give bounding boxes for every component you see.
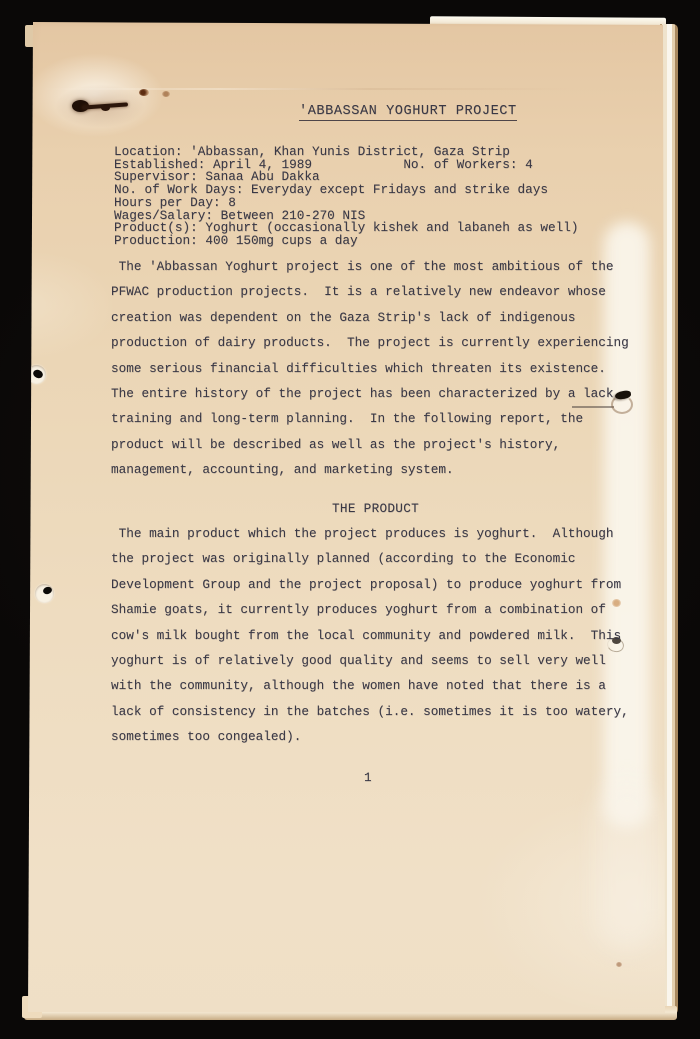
paper-crease xyxy=(40,88,640,90)
text-line: lack of consistency in the batches (i.e.… xyxy=(111,699,629,724)
text-line: Shamie goats, it currently produces yogh… xyxy=(111,597,629,622)
text-line: sometimes too congealed). xyxy=(111,724,629,749)
page-title: 'ABBASSAN YOGHURT PROJECT xyxy=(299,104,517,121)
text-line: yoghurt is of relatively good quality an… xyxy=(111,648,629,673)
text-line: The main product which the project produ… xyxy=(111,521,629,546)
punch-hole xyxy=(27,365,46,384)
text-line: some serious financial difficulties whic… xyxy=(111,356,629,381)
ink-streak-dot xyxy=(101,105,110,111)
stain-dot xyxy=(162,91,170,97)
stain-dot xyxy=(616,962,622,967)
text-line: training and long-term planning. In the … xyxy=(111,406,629,431)
text-line: production of dairy products. The projec… xyxy=(111,330,629,355)
section-heading: THE PRODUCT xyxy=(332,501,419,516)
scanned-document-photo: 'ABBASSAN YOGHURT PROJECT Location: 'Abb… xyxy=(0,0,700,1039)
text-line: management, accounting, and marketing sy… xyxy=(111,457,629,482)
text-line: with the community, although the women h… xyxy=(111,673,629,698)
text-line: cow's milk bought from the local communi… xyxy=(111,623,629,648)
stain-dot xyxy=(139,89,149,96)
text-line: PFWAC production projects. It is a relat… xyxy=(111,279,629,304)
text-line: product will be described as well as the… xyxy=(111,432,629,457)
text-line: the project was originally planned (acco… xyxy=(111,546,629,571)
product-paragraph: The main product which the project produ… xyxy=(111,521,629,750)
text-line: Production: 400 150mg cups a day xyxy=(114,235,578,248)
page-number: 1 xyxy=(364,770,372,785)
text-line: The entire history of the project has be… xyxy=(111,381,629,406)
intro-paragraph: The 'Abbassan Yoghurt project is one of … xyxy=(111,254,629,483)
project-info-block: Location: 'Abbassan, Khan Yunis District… xyxy=(114,146,578,248)
text-line: creation was dependent on the Gaza Strip… xyxy=(111,305,629,330)
paper-worn-highlight-lower xyxy=(596,780,658,950)
punch-hole xyxy=(35,584,54,603)
text-line: The 'Abbassan Yoghurt project is one of … xyxy=(111,254,629,279)
text-line: Development Group and the project propos… xyxy=(111,572,629,597)
